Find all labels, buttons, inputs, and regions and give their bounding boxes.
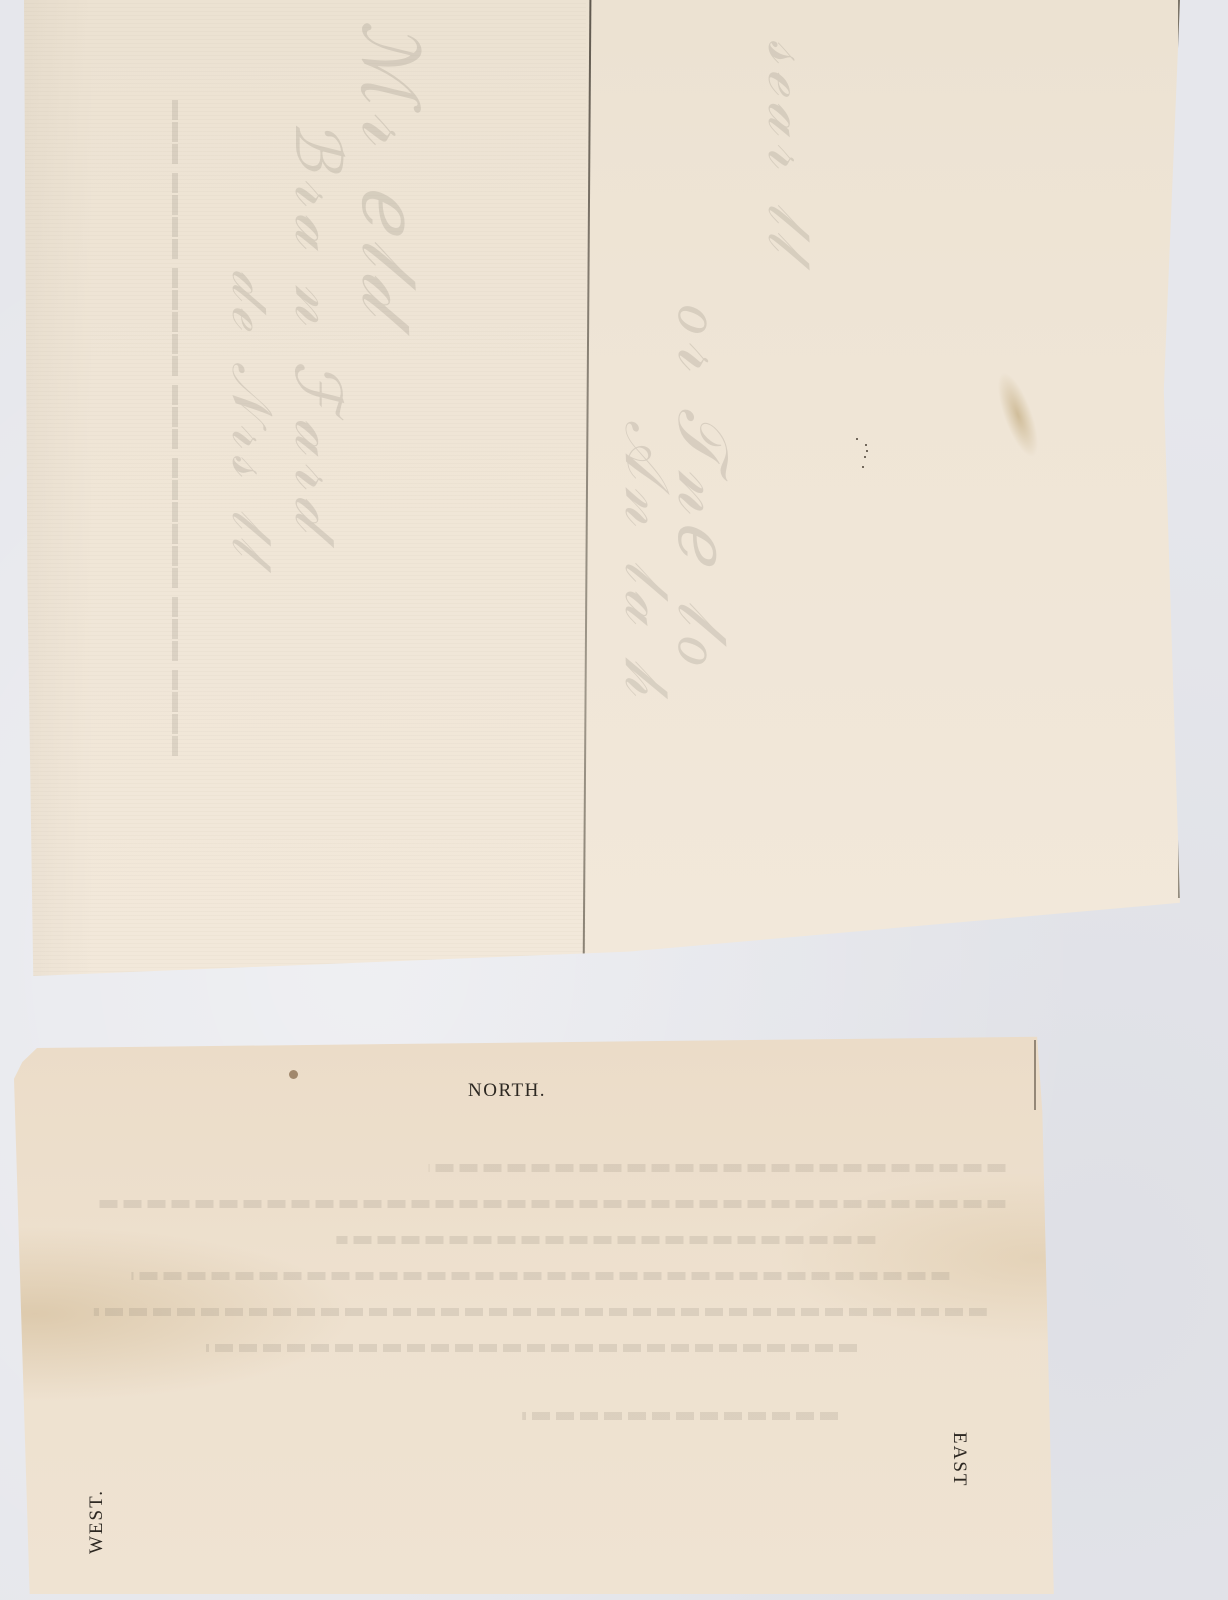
ink-specks [856, 438, 876, 468]
compass-west-label: WEST. [86, 1489, 108, 1554]
handwriting-bleed-through: 𝓈ℯ𝒶𝓇 𝓁𝓁 [754, 40, 824, 258]
letter-right-edge [1178, 0, 1180, 898]
folded-letter: ℳ𝓇 ℯ𝓁𝒹 ℬ𝓇𝒶 𝓃 ℱ𝒶𝓇𝒹 𝒹ℯ 𝒩𝓇𝓈 𝓁𝓁 𝓈ℯ𝒶𝓇 𝓁𝓁 ℴ𝓇 𝒯… [24, 0, 1180, 976]
compass-north-label: NORTH. [468, 1080, 546, 1102]
compass-east-label: EAST [948, 1432, 970, 1488]
form-right-edge [1034, 1040, 1036, 1110]
stain-mark [989, 368, 1046, 462]
printed-bleed-through-lines [94, 1164, 1024, 1448]
handwriting-bleed-through: ℴ𝓇 𝒯𝓃ℯ 𝓁ℴ [661, 300, 744, 672]
handwriting-bleed-through: 𝒜𝓃 𝓁𝒶 𝒽 [610, 420, 684, 703]
printed-form: NORTH. WEST. EAST [14, 1034, 1058, 1594]
stain-spot [289, 1070, 298, 1079]
letter-left-panel [24, 0, 586, 976]
